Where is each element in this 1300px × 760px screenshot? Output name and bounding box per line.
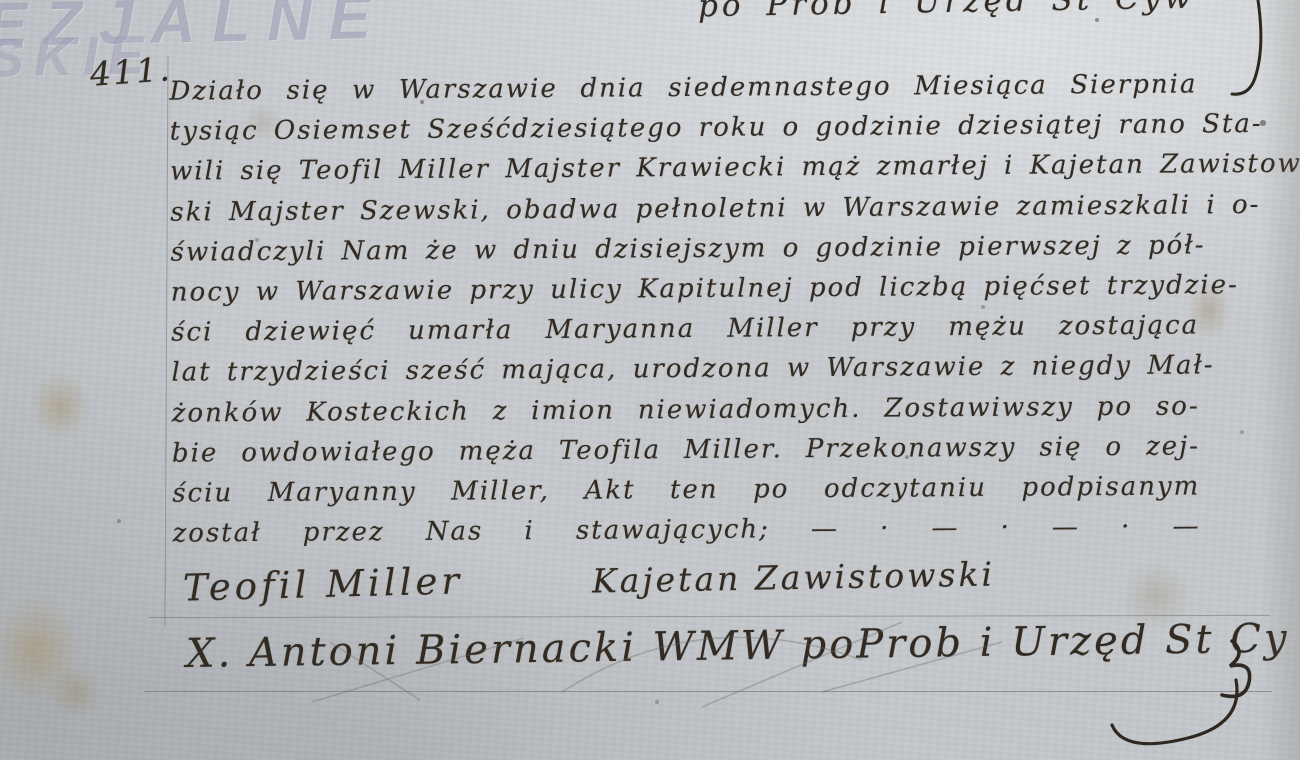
witness-signature-teofil-miller: Teofil Miller — [182, 559, 463, 609]
clipped-stroke-top-right — [1232, 0, 1261, 94]
record-text-line: żonków Kosteckich z imion niewiadomych. … — [172, 386, 1200, 433]
document-scan: EZJALNE SKIE po Prob i Urzęd St Cyw 411.… — [0, 0, 1300, 760]
frame-left-rule — [165, 56, 169, 626]
record-number: 411. — [89, 49, 173, 94]
record-text-line: ściu Maryanny Miller, Akt ten po odczyta… — [172, 466, 1200, 513]
official-signature: X. Antoni Biernacki WMW poProb i Urzęd S… — [186, 617, 1187, 677]
paper-stain — [38, 655, 112, 729]
record-text-line: Działo się w Warszawie dnia siedemnasteg… — [169, 64, 1197, 111]
record-text-line: tysiąc Osiemset Sześćdziesiątego roku o … — [170, 105, 1198, 152]
record-text-line: wili się Teofil Miller Majster Krawiecki… — [170, 145, 1198, 192]
record-text-line: ski Majster Szewski, obadwa pełnoletni w… — [170, 185, 1198, 232]
record-text-line: został przez Nas i stawających; — · — · … — [172, 507, 1200, 554]
paper-stain — [18, 358, 102, 454]
record-body: Działo się w Warszawie dnia siedemnasteg… — [169, 64, 1200, 554]
watermark-text-line1: EZJALNE — [0, 0, 388, 61]
record-text-line: świadczyli Nam że w dniu dzisiejszym o g… — [170, 225, 1198, 272]
record-text-line: nocy w Warszawie przy ulicy Kapitulnej p… — [171, 265, 1199, 312]
record-text-line: bie owdowiałego męża Teofila Miller. Prz… — [172, 426, 1200, 473]
header-note: po Prob i Urzęd St Cyw — [698, 0, 1195, 24]
paper-specks — [0, 0, 2, 2]
witness-signature-kajetan-zawistowski: Kajetan Zawistowski — [592, 554, 996, 600]
record-text-line: ści dziewięć umarła Maryanna Miller przy… — [171, 306, 1199, 353]
page-bottom-rule — [144, 691, 1272, 692]
record-text-line: lat trzydzieści sześć mająca, urodzona w… — [171, 346, 1199, 393]
paper-stain — [0, 575, 96, 725]
